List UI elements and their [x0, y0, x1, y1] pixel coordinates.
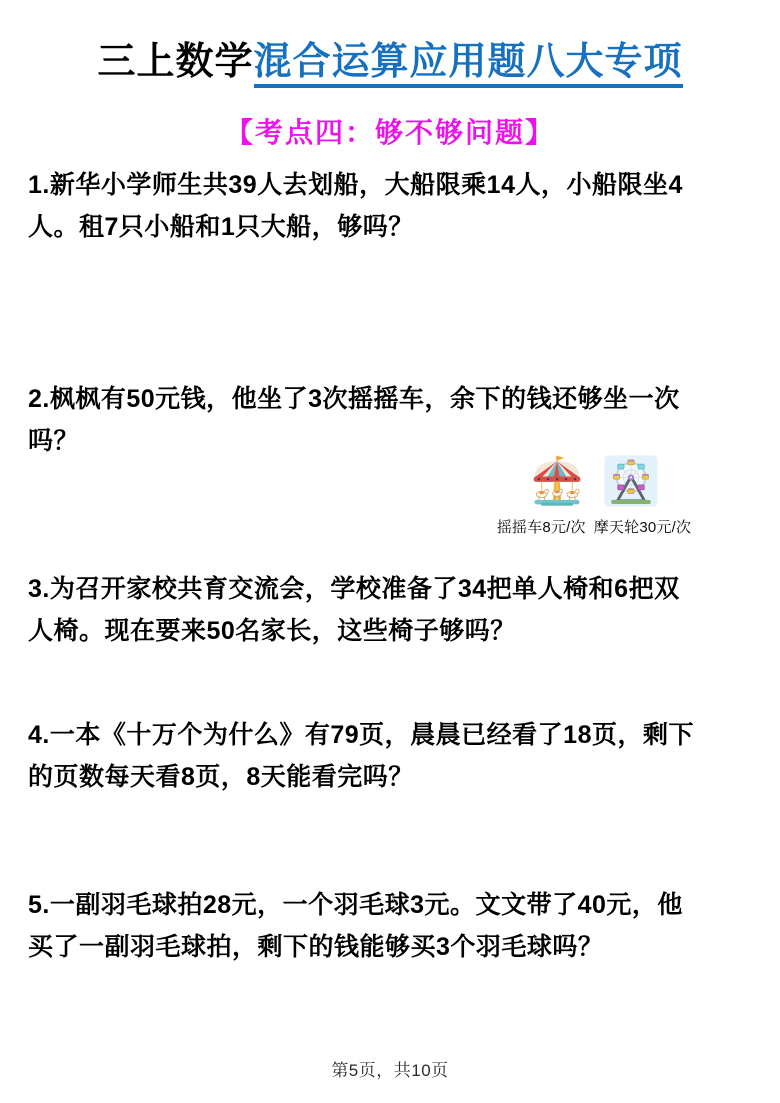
ride-prices-caption: 摇摇车8元/次摩天轮30元/次	[494, 516, 694, 537]
page-number: 第5页，共10页	[0, 1056, 780, 1081]
ferris-wheel-icon	[604, 454, 658, 508]
section-heading: 【考点四：够不够问题】	[0, 114, 780, 152]
ride-icons-row	[494, 452, 694, 508]
title-prefix: 三上数学	[97, 41, 253, 83]
problem-2: 2.枫枫有50元钱，他坐了3次摇摇车，余下的钱还够坐一次 吗？	[28, 378, 756, 462]
problem-3: 3.为召开家校共育交流会，学校准备了34把单人椅和6把双 人椅。现在要来50名家…	[28, 568, 756, 652]
ride-prices-figure: 摇摇车8元/次摩天轮30元/次	[494, 452, 694, 537]
ferris-price-label: 摩天轮30元/次	[594, 519, 691, 536]
problem-4: 4.一本《十万个为什么》有79页，晨晨已经看了18页，剩下 的页数每天看8页，8…	[28, 714, 756, 798]
page-title: 三上数学混合运算应用题八大专项	[0, 36, 780, 88]
worksheet-page: 三上数学混合运算应用题八大专项 【考点四：够不够问题】 1.新华小学师生共39人…	[0, 0, 780, 1103]
title-main-underlined: 混合运算应用题八大专项	[254, 41, 683, 88]
carousel-icon	[530, 454, 584, 508]
carousel-price-label: 摇摇车8元/次	[497, 519, 586, 536]
problem-5: 5.一副羽毛球拍28元，一个羽毛球3元。文文带了40元，他 买了一副羽毛球拍，剩…	[28, 884, 756, 968]
problem-1: 1.新华小学师生共39人去划船，大船限乘14人，小船限坐4 人。租7只小船和1只…	[28, 164, 756, 248]
